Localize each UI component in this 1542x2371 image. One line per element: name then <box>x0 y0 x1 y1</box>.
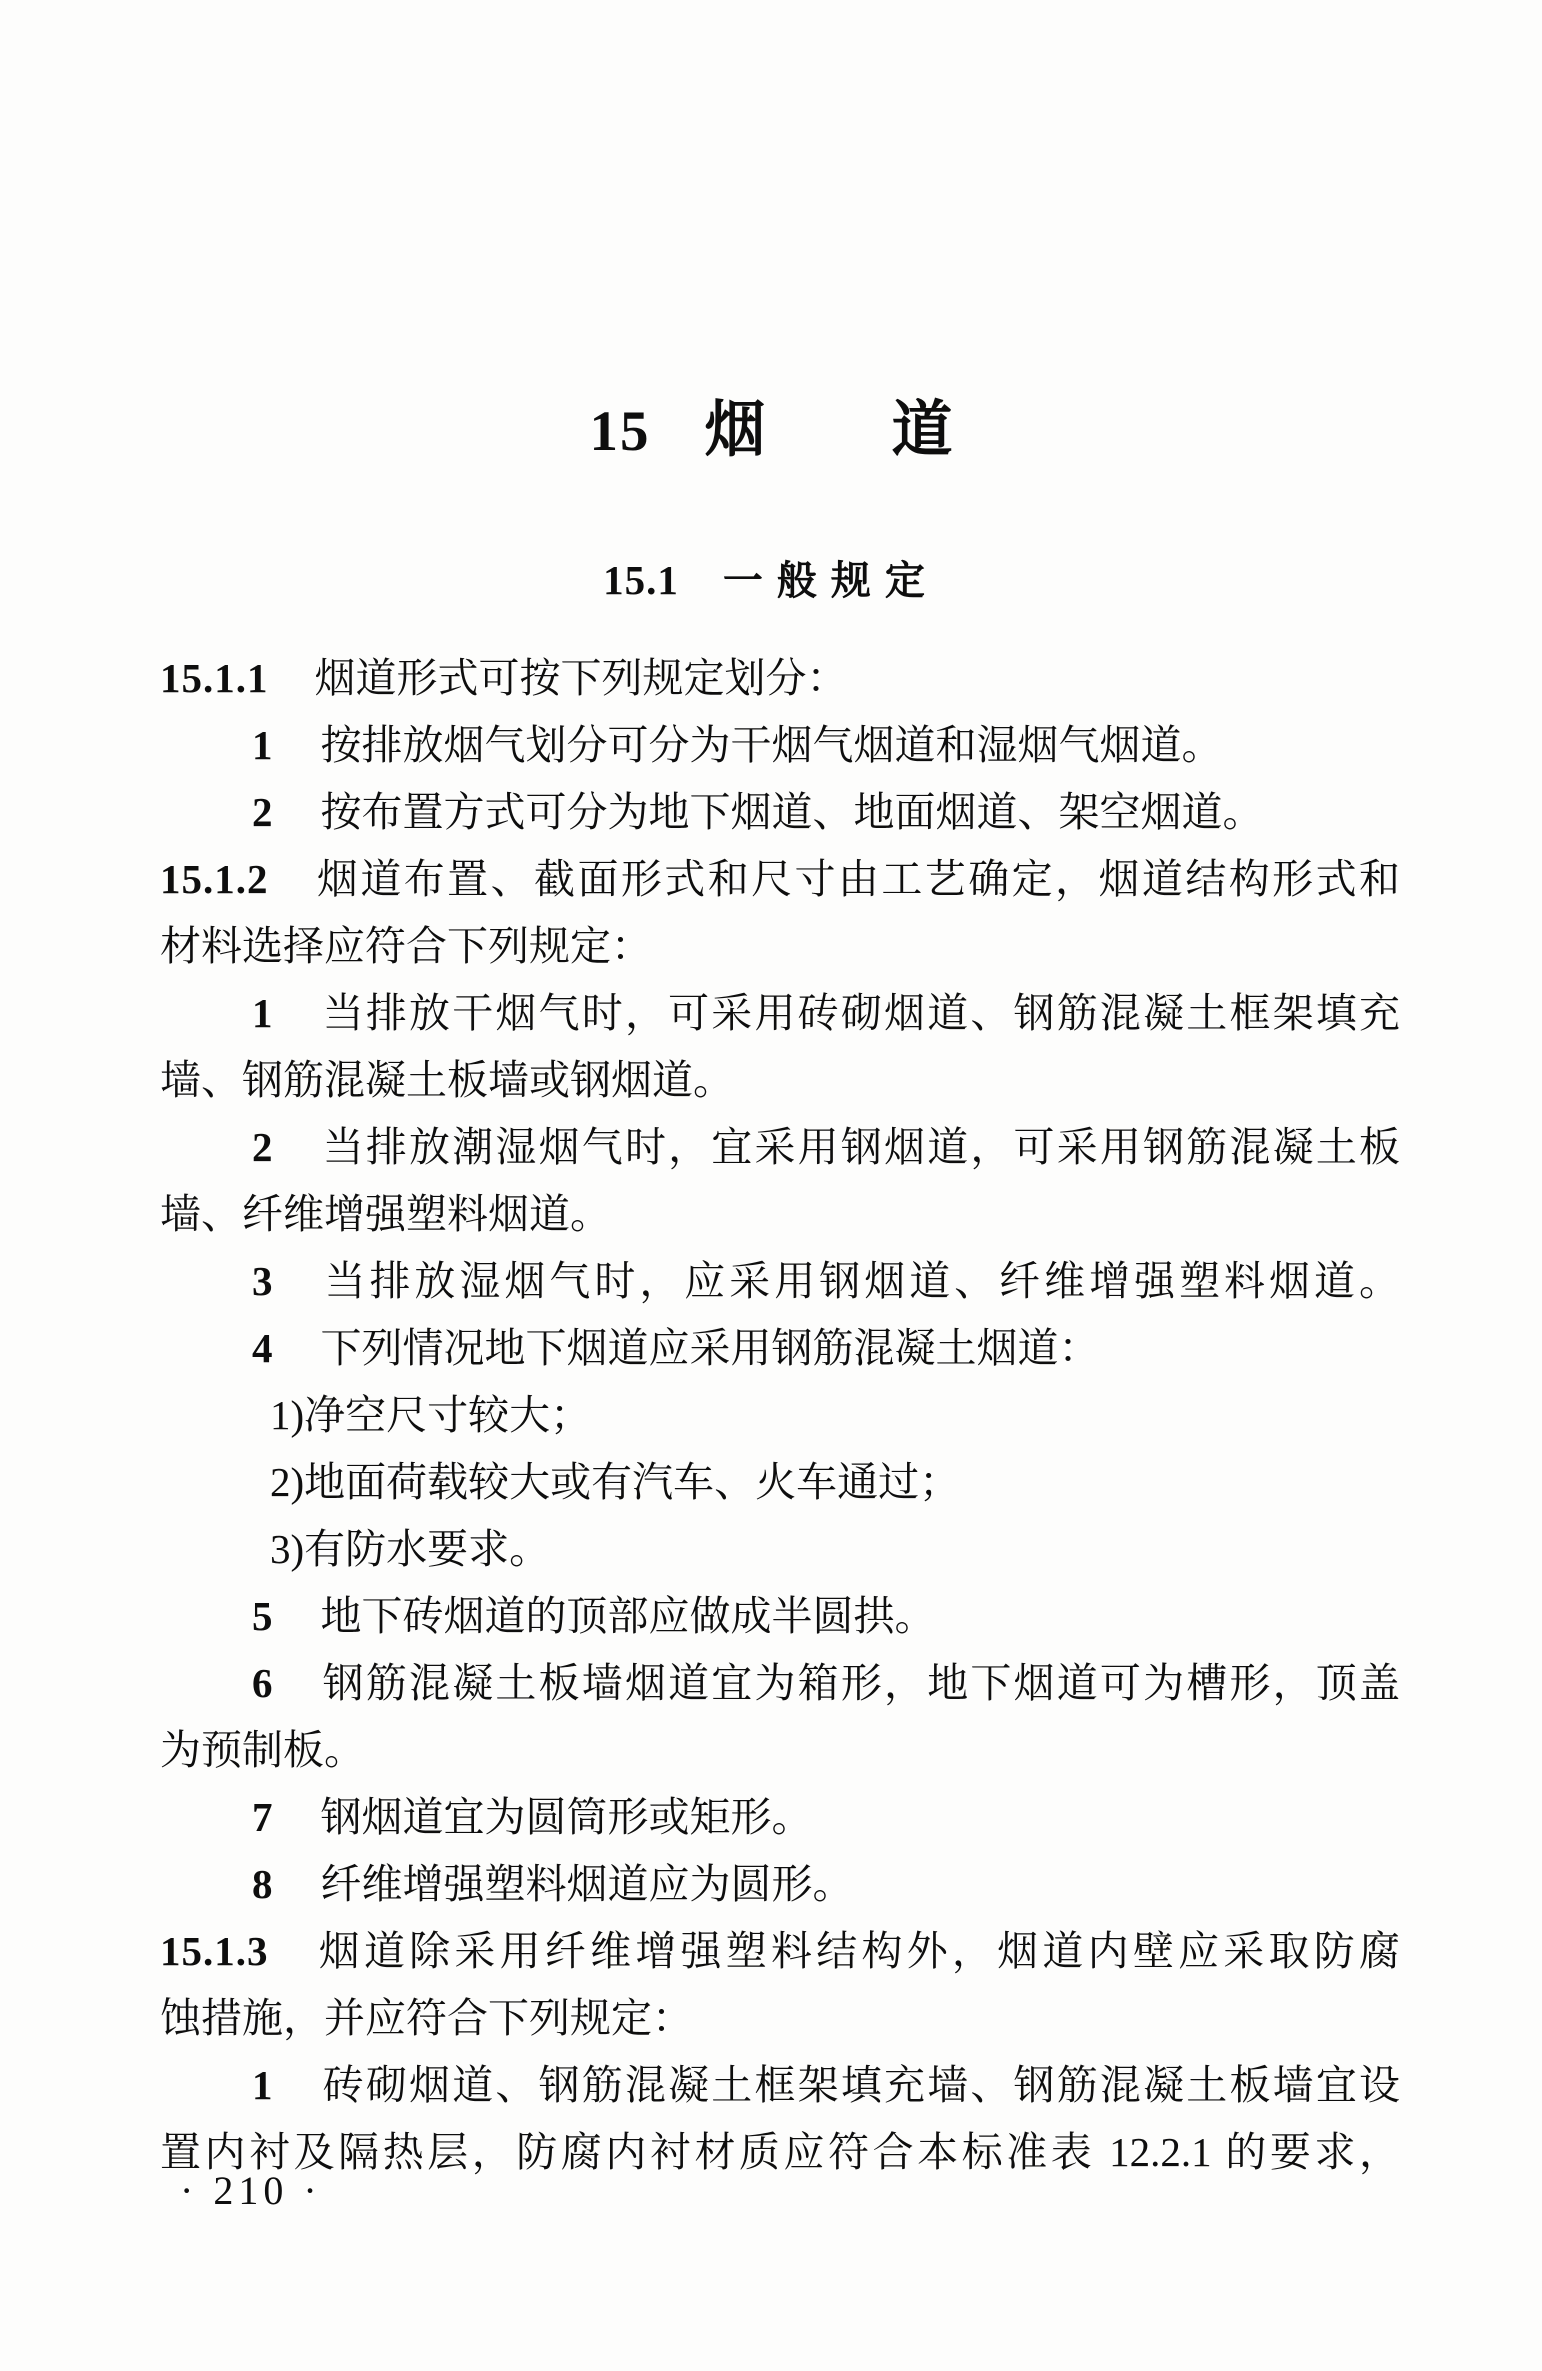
item-line: 1当排放干烟气时，可采用砖砌烟道、钢筋混凝土框架填充 <box>160 980 1400 1047</box>
clause-number: 15.1.1 <box>160 655 269 701</box>
chapter-number: 15 <box>589 400 650 463</box>
section-title-text: 一般规定 <box>723 559 939 603</box>
line-text: 墙、纤维增强塑料烟道。 <box>160 1191 611 1237</box>
line-text: 烟道除采用纤维增强塑料结构外，烟道内壁应采取防腐 <box>315 1928 1401 1974</box>
body-text: 15.1.1烟道形式可按下列规定划分： 1按排放烟气划分可分为干烟气烟道和湿烟气… <box>160 645 1400 2186</box>
clause-line: 15.1.2烟道布置、截面形式和尺寸由工艺确定，烟道结构形式和 <box>160 846 1400 913</box>
item-number: 2 <box>252 789 273 835</box>
line-text: 烟道布置、截面形式和尺寸由工艺确定，烟道结构形式和 <box>315 856 1401 902</box>
document-page: 15烟道 15.1一般规定 15.1.1烟道形式可按下列规定划分： 1按排放烟气… <box>0 0 1542 2371</box>
line-text: 按排放烟气划分可分为干烟气烟道和湿烟气烟道。 <box>321 722 1223 768</box>
line-text: 材料选择应符合下列规定： <box>160 923 652 969</box>
section-title: 15.1一般规定 <box>0 556 1542 614</box>
line-text: 钢烟道宜为圆筒形或矩形。 <box>321 1794 813 1840</box>
line-text: 烟道形式可按下列规定划分： <box>315 655 848 701</box>
item-number: 4 <box>252 1325 273 1371</box>
line-text: 纤维增强塑料烟道应为圆形。 <box>321 1861 854 1907</box>
item-number: 3 <box>252 1258 273 1304</box>
line-text: 当排放干烟气时，可采用砖砌烟道、钢筋混凝土框架填充 <box>321 990 1401 1036</box>
item-line: 3当排放湿烟气时，应采用钢烟道、纤维增强塑料烟道。 <box>160 1248 1400 1315</box>
item-number: 7 <box>252 1794 273 1840</box>
line-text: 按布置方式可分为地下烟道、地面烟道、架空烟道。 <box>321 789 1264 835</box>
item-number: 1 <box>252 722 273 768</box>
item-line: 7钢烟道宜为圆筒形或矩形。 <box>160 1784 1400 1851</box>
item-line: 1按排放烟气划分可分为干烟气烟道和湿烟气烟道。 <box>160 712 1400 779</box>
clause-number: 15.1.2 <box>160 856 269 902</box>
chapter-title-char: 烟 <box>704 397 765 464</box>
clause-number: 15.1.3 <box>160 1928 269 1974</box>
continuation-line: 材料选择应符合下列规定： <box>160 913 1400 980</box>
item-line: 4下列情况地下烟道应采用钢筋混凝土烟道： <box>160 1315 1400 1382</box>
item-number: 8 <box>252 1861 273 1907</box>
line-text: 当排放潮湿烟气时，宜采用钢烟道，可采用钢筋混凝土板 <box>321 1124 1401 1170</box>
item-line: 8纤维增强塑料烟道应为圆形。 <box>160 1851 1400 1918</box>
sub-item-line: 2)地面荷载较大或有汽车、火车通过； <box>160 1449 1400 1516</box>
item-number: 5 <box>252 1593 273 1639</box>
item-line: 1砖砌烟道、钢筋混凝土框架填充墙、钢筋混凝土板墙宜设 <box>160 2052 1400 2119</box>
item-number: 1 <box>252 2062 273 2108</box>
item-line: 2当排放潮湿烟气时，宜采用钢烟道，可采用钢筋混凝土板 <box>160 1114 1400 1181</box>
page-number: · 210 · <box>180 2168 322 2214</box>
line-text: 地下砖烟道的顶部应做成半圆拱。 <box>321 1593 936 1639</box>
item-number: 2 <box>252 1124 273 1170</box>
line-text: 置内衬及隔热层，防腐内衬材质应符合本标准表 12.2.1 的要求， <box>160 2129 1400 2175</box>
line-text: 2)地面荷载较大或有汽车、火车通过； <box>270 1459 960 1505</box>
clause-line: 15.1.3烟道除采用纤维增强塑料结构外，烟道内壁应采取防腐 <box>160 1918 1400 1985</box>
line-text: 为预制板。 <box>160 1727 365 1773</box>
section-number: 15.1 <box>603 557 679 603</box>
line-text: 钢筋混凝土板墙烟道宜为箱形，地下烟道可为槽形，顶盖 <box>321 1660 1401 1706</box>
sub-item-line: 3)有防水要求。 <box>160 1516 1400 1583</box>
chapter-title-char: 道 <box>892 397 953 464</box>
item-line: 5地下砖烟道的顶部应做成半圆拱。 <box>160 1583 1400 1650</box>
item-number: 1 <box>252 990 273 1036</box>
item-number: 6 <box>252 1660 273 1706</box>
line-text: 下列情况地下烟道应采用钢筋混凝土烟道： <box>321 1325 1100 1371</box>
line-text: 砖砌烟道、钢筋混凝土框架填充墙、钢筋混凝土板墙宜设 <box>321 2062 1401 2108</box>
continuation-line: 蚀措施，并应符合下列规定： <box>160 1985 1400 2052</box>
continuation-line: 墙、钢筋混凝土板墙或钢烟道。 <box>160 1047 1400 1114</box>
line-text: 蚀措施，并应符合下列规定： <box>160 1995 693 2041</box>
line-text: 1)净空尺寸较大； <box>270 1392 591 1438</box>
line-text: 墙、钢筋混凝土板墙或钢烟道。 <box>160 1057 734 1103</box>
item-line: 6钢筋混凝土板墙烟道宜为箱形，地下烟道可为槽形，顶盖 <box>160 1650 1400 1717</box>
sub-item-line: 1)净空尺寸较大； <box>160 1382 1400 1449</box>
line-text: 当排放湿烟气时，应采用钢烟道、纤维增强塑料烟道。 <box>321 1258 1401 1304</box>
line-text: 3)有防水要求。 <box>270 1526 550 1572</box>
item-line: 2按布置方式可分为地下烟道、地面烟道、架空烟道。 <box>160 779 1400 846</box>
clause-line: 15.1.1烟道形式可按下列规定划分： <box>160 645 1400 712</box>
continuation-line: 为预制板。 <box>160 1717 1400 1784</box>
continuation-line: 墙、纤维增强塑料烟道。 <box>160 1181 1400 1248</box>
chapter-title: 15烟道 <box>0 394 1542 483</box>
continuation-line: 置内衬及隔热层，防腐内衬材质应符合本标准表 12.2.1 的要求， <box>160 2119 1400 2186</box>
